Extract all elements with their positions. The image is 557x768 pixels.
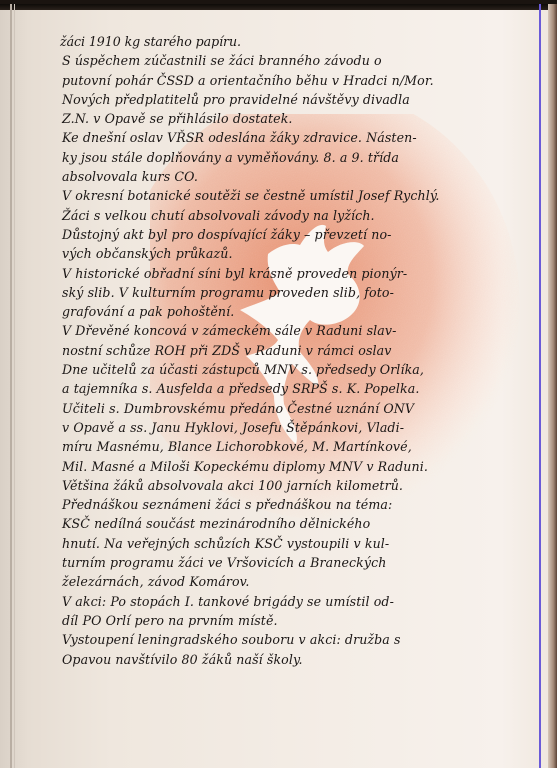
text-line: Důstojný akt byl pro dospívající žáky – … xyxy=(62,225,532,244)
text-line: Většina žáků absolvovala akci 100 jarníc… xyxy=(62,476,532,495)
text-line: hnutí. Na veřejných schůzích KSČ vystoup… xyxy=(62,534,532,553)
text-line: Ke dnešní oslav VŘSR odeslána žáky zdrav… xyxy=(62,128,532,147)
text-line: nostní schůze ROH při ZDŠ v Raduni v rám… xyxy=(62,341,532,360)
text-line: Vystoupení leningradského souboru v akci… xyxy=(62,630,532,649)
text-line: Mil. Masné a Miloši Kopeckému diplomy MN… xyxy=(62,457,532,476)
text-line: v Opavě a ss. Janu Hyklovi, Josefu Štěpá… xyxy=(62,418,532,437)
text-line: V okresní botanické soutěži se čestně um… xyxy=(62,186,532,205)
text-line: Učiteli s. Dumbrovskému předáno Čestné u… xyxy=(62,399,532,418)
text-line: turním programu žáci ve Vršovicích a Bra… xyxy=(62,553,532,572)
text-line: S úspěchem zúčastnili se žáci branného z… xyxy=(62,51,532,70)
text-line: Žáci s velkou chutí absolvovali závody n… xyxy=(62,206,532,225)
binding-gutter-inner xyxy=(14,4,15,768)
notebook-page: žáci 1910 kg starého papíru. S úspěchem … xyxy=(0,4,557,768)
text-line: KSČ nedílná součást mezinárodního dělnic… xyxy=(62,514,532,533)
text-line: Opavou navštívilo 80 žáků naší školy. xyxy=(62,650,532,669)
text-line: díl PO Orlí pero na prvním místě. xyxy=(62,611,532,630)
binding-gutter xyxy=(10,4,12,768)
text-line: V Dřevěné koncová v zámeckém sále v Radu… xyxy=(62,321,532,340)
text-line: a tajemníka s. Ausfelda a předsedy SRPŠ … xyxy=(62,379,532,398)
text-line: ky jsou stále doplňovány a vyměňovány. 8… xyxy=(62,148,532,167)
text-line: putovní pohár ČSSD a orientačního běhu v… xyxy=(62,71,532,90)
text-line: ský slib. V kulturním programu proveden … xyxy=(62,283,532,302)
text-line: V historické obřadní síni byl krásně pro… xyxy=(62,264,532,283)
text-line: Nových předplatitelů pro pravidelné návš… xyxy=(62,90,532,109)
handwritten-entry: žáci 1910 kg starého papíru. S úspěchem … xyxy=(62,32,532,669)
text-line: Přednáškou seznámeni žáci s přednáškou n… xyxy=(62,495,532,514)
text-line: Z.N. v Opavě se přihlásilo dostatek. xyxy=(62,109,532,128)
text-line: V akci: Po stopách I. tankové brigády se… xyxy=(62,592,532,611)
margin-rule xyxy=(539,4,541,768)
text-line: grafování a pak pohoštění. xyxy=(62,302,532,321)
text-line: absolvovala kurs CO. xyxy=(62,167,532,186)
text-line: železárnách, závod Komárov. xyxy=(62,572,532,591)
page-top-edge xyxy=(0,4,557,10)
text-line: Dne učitelů za účasti zástupců MNV s. př… xyxy=(62,360,532,379)
page-right-edge xyxy=(548,4,557,768)
text-line: míru Masnému, Blance Lichorobkové, M. Ma… xyxy=(62,437,532,456)
text-line: žáci 1910 kg starého papíru. xyxy=(60,32,532,51)
text-line: vých občanských průkazů. xyxy=(62,244,532,263)
